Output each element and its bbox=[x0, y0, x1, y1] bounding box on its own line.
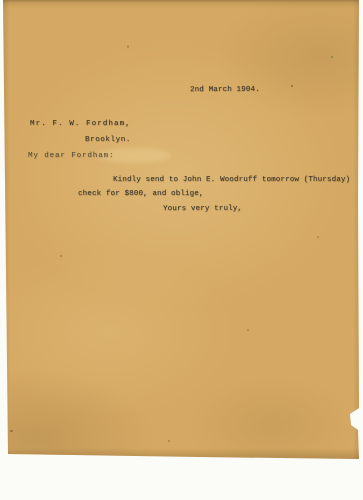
salutation-line: My dear Fordham: bbox=[28, 152, 114, 161]
body-line-2: check for $800, and oblige, bbox=[78, 190, 204, 199]
letter-date: 2nd March 1904. bbox=[190, 86, 260, 95]
paper-speckle bbox=[60, 255, 62, 257]
paper-speckle bbox=[331, 56, 333, 58]
closing-line: Yours very truly, bbox=[163, 205, 242, 214]
paper-speckle bbox=[168, 440, 170, 442]
paper-speckle bbox=[10, 430, 13, 432]
letter-paper: 2nd March 1904. Mr. F. W. Fordham, Brook… bbox=[0, 0, 363, 462]
paper-speckle bbox=[291, 85, 293, 87]
paper-speckle bbox=[127, 45, 129, 48]
recipient-name-line: Mr. F. W. Fordham, bbox=[30, 120, 131, 129]
body-line-1: Kindly send to John E. Woodruff tomorrow… bbox=[113, 176, 350, 185]
paper-speckle bbox=[317, 236, 319, 238]
scanned-letter-page: 2nd March 1904. Mr. F. W. Fordham, Brook… bbox=[0, 0, 363, 500]
paper-speckle bbox=[247, 329, 249, 331]
recipient-city-line: Brooklyn. bbox=[85, 136, 131, 145]
